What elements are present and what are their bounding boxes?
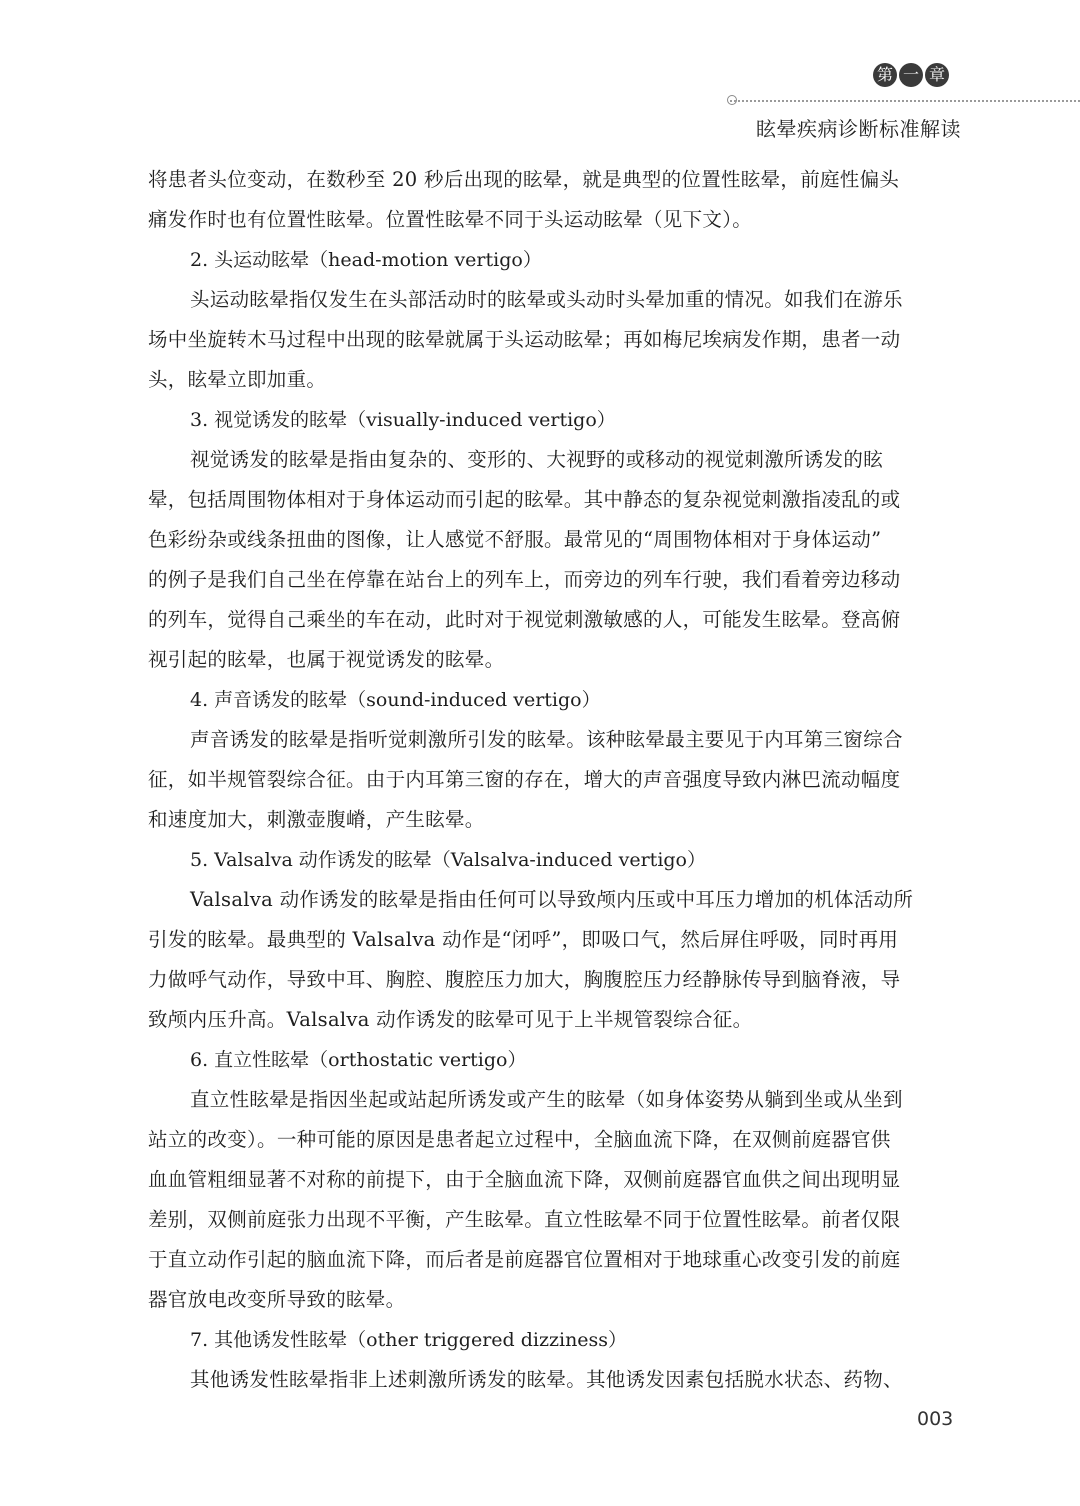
paragraph-line: 差别，双侧前庭张力出现不平衡，产生眩晕。直立性眩晕不同于位置性眩晕。前者仅限: [148, 1200, 948, 1240]
paragraph-line: 将患者头位变动，在数秒至 20 秒后出现的眩晕，就是典型的位置性眩晕，前庭性偏头: [148, 160, 948, 200]
paragraph-line: 视引起的眩晕，也属于视觉诱发的眩晕。: [148, 640, 948, 680]
paragraph-line: 的例子是我们自己坐在停靠在站台上的列车上，而旁边的列车行驶，我们看着旁边移动: [148, 560, 948, 600]
paragraph-line: 视觉诱发的眩晕是指由复杂的、变形的、大视野的或移动的视觉刺激所诱发的眩: [148, 440, 948, 480]
paragraph-line: 其他诱发性眩晕指非上述刺激所诱发的眩晕。其他诱发因素包括脱水状态、药物、: [148, 1360, 948, 1400]
paragraph-line: 站立的改变）。一种可能的原因是患者起立过程中，全脑血流下降，在双侧前庭器官供: [148, 1120, 948, 1160]
paragraph-line: 力做呼气动作，导致中耳、胸腔、腹腔压力加大，胸腹腔压力经静脉传导到脑脊液，导: [148, 960, 948, 1000]
section-heading: 2. 头运动眩晕（head-motion vertigo）: [148, 240, 948, 280]
running-title: 眩晕疾病诊断标准解读: [756, 113, 961, 142]
section-heading: 7. 其他诱发性眩晕（other triggered dizziness）: [148, 1320, 948, 1360]
chapter-char-2: 一: [899, 63, 923, 87]
paragraph-line: 晕，包括周围物体相对于身体运动而引起的眩晕。其中静态的复杂视觉刺激指凌乱的或: [148, 480, 948, 520]
paragraph-line: 致颅内压升高。Valsalva 动作诱发的眩晕可见于上半规管裂综合征。: [148, 1000, 948, 1040]
paragraph-line: 血血管粗细显著不对称的前提下，由于全脑血流下降，双侧前庭器官血供之间出现明显: [148, 1160, 948, 1200]
header-divider: [730, 100, 1080, 102]
section-heading: 4. 声音诱发的眩晕（sound-induced vertigo）: [148, 680, 948, 720]
paragraph-line: Valsalva 动作诱发的眩晕是指由任何可以导致颅内压或中耳压力增加的机体活动…: [148, 880, 948, 920]
page-number: 003: [917, 1408, 953, 1430]
section-heading: 3. 视觉诱发的眩晕（visually-induced vertigo）: [148, 400, 948, 440]
paragraph-line: 声音诱发的眩晕是指听觉刺激所引发的眩晕。该种眩晕最主要见于内耳第三窗综合: [148, 720, 948, 760]
paragraph-line: 场中坐旋转木马过程中出现的眩晕就属于头运动眩晕；再如梅尼埃病发作期，患者一动: [148, 320, 948, 360]
section-heading: 5. Valsalva 动作诱发的眩晕（Valsalva-induced ver…: [148, 840, 948, 880]
paragraph-line: 和速度加大，刺激壶腹嵴，产生眩晕。: [148, 800, 948, 840]
section-heading: 6. 直立性眩晕（orthostatic vertigo）: [148, 1040, 948, 1080]
paragraph-line: 痛发作时也有位置性眩晕。位置性眩晕不同于头运动眩晕（见下文）。: [148, 200, 948, 240]
paragraph-line: 的列车，觉得自己乘坐的车在动，此时对于视觉刺激敏感的人，可能发生眩晕。登高俯: [148, 600, 948, 640]
paragraph-line: 色彩纷杂或线条扭曲的图像，让人感觉不舒服。最常见的“周围物体相对于身体运动”: [148, 520, 948, 560]
paragraph-line: 征，如半规管裂综合征。由于内耳第三窗的存在，增大的声音强度导致内淋巴流动幅度: [148, 760, 948, 800]
chapter-char-3: 章: [925, 63, 949, 87]
paragraph-line: 头，眩晕立即加重。: [148, 360, 948, 400]
paragraph-line: 引发的眩晕。最典型的 Valsalva 动作是“闭呼”，即吸口气，然后屏住呼吸，…: [148, 920, 948, 960]
paragraph-line: 直立性眩晕是指因坐起或站起所诱发或产生的眩晕（如身体姿势从躺到坐或从坐到: [148, 1080, 948, 1120]
chapter-char-1: 第: [873, 63, 897, 87]
paragraph-line: 于直立动作引起的脑血流下降，而后者是前庭器官位置相对于地球重心改变引发的前庭: [148, 1240, 948, 1280]
chapter-badge: 第 一 章: [873, 63, 949, 87]
paragraph-line: 头运动眩晕指仅发生在头部活动时的眩晕或头动时头晕加重的情况。如我们在游乐: [148, 280, 948, 320]
paragraph-line: 器官放电改变所导致的眩晕。: [148, 1280, 948, 1320]
body-text: 将患者头位变动，在数秒至 20 秒后出现的眩晕，就是典型的位置性眩晕，前庭性偏头…: [148, 160, 948, 1400]
